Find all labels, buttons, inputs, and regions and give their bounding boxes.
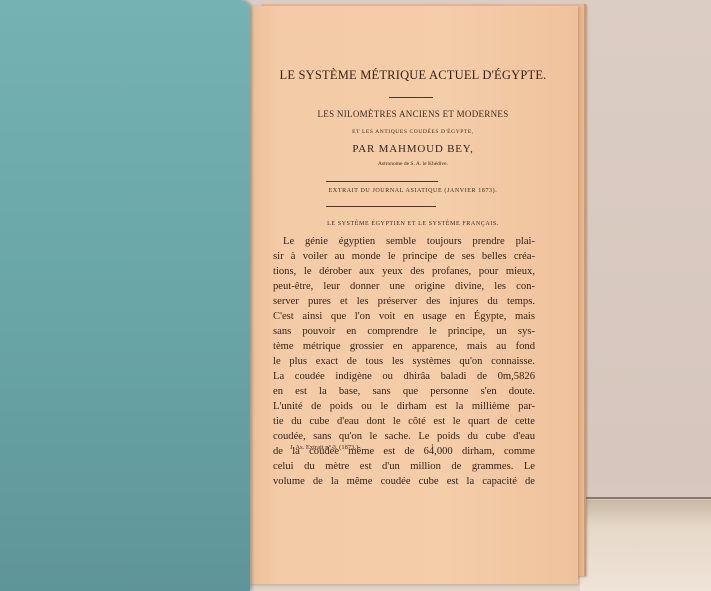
- title-page: LE SYSTÈME MÉTRIQUE ACTUEL D'ÉGYPTE. LES…: [248, 6, 578, 584]
- shelf-edge: [580, 497, 711, 499]
- document-title: LE SYSTÈME MÉTRIQUE ACTUEL D'ÉGYPTE.: [248, 68, 578, 83]
- title-page-content: LE SYSTÈME MÉTRIQUE ACTUEL D'ÉGYPTE. LES…: [248, 6, 578, 584]
- body-line: C'est ainsi que l'on voit en usage en Ég…: [273, 309, 535, 324]
- extract-line: EXTRAIT DU JOURNAL ASIATIQUE (JANVIER 18…: [248, 188, 578, 194]
- page-number: 1: [431, 444, 434, 450]
- body-line: en est la base, sans que personne s'en d…: [273, 384, 535, 399]
- blue-paper-cover: [0, 0, 250, 591]
- author-role: Astronome de S. A. le Khédive.: [248, 161, 578, 167]
- document-subtitle: LES NILOMÈTRES ANCIENS ET MODERNES: [248, 109, 578, 119]
- body-line: peut-être, leur donner une origine divin…: [273, 279, 535, 294]
- extract-bottom-rule: [326, 206, 436, 207]
- body-line: L'unité de poids ou le dirham est la mil…: [273, 399, 535, 414]
- body-line: Le génie égyptien semble toujours prendr…: [273, 234, 535, 249]
- body-line: le plus exact de tous les systèmes qu'on…: [273, 354, 535, 369]
- table-surface: [580, 500, 711, 591]
- section-heading: LE SYSTÈME ÉGYPTIEN ET LE SYSTÈME FRANÇA…: [248, 221, 578, 227]
- body-line: tions, le dérober aux yeux des profanes,…: [273, 264, 535, 279]
- body-line: volume de la même coudée cube est la cap…: [273, 474, 535, 489]
- extract-top-rule: [326, 181, 438, 182]
- body-line: tie du cube d'eau dont le côté est le qu…: [273, 414, 535, 429]
- body-line: sans pouvoir en comprendre le principe, …: [273, 324, 535, 339]
- footer-reference: J. As. Extrait n° 3. (1873.): [290, 444, 358, 451]
- title-rule: [389, 97, 433, 98]
- document-subsubtitle: ET LES ANTIQUES COUDÉES D'ÉGYPTE,: [248, 129, 578, 135]
- body-line: tème métrique grossier en apparence, mai…: [273, 339, 535, 354]
- author-name: PAR MAHMOUD BEY,: [248, 143, 578, 155]
- body-line: celui du mètre est d'un million de gramm…: [273, 459, 535, 474]
- body-line: server pures et les préserver des injure…: [273, 294, 535, 309]
- body-line: coudée, sans qu'on le sache. Le poids du…: [273, 429, 535, 444]
- body-line: sir à voiler au monde le principe de ses…: [273, 249, 535, 264]
- body-line: La coudée indigène ou dhirâa baladi de 0…: [273, 369, 535, 384]
